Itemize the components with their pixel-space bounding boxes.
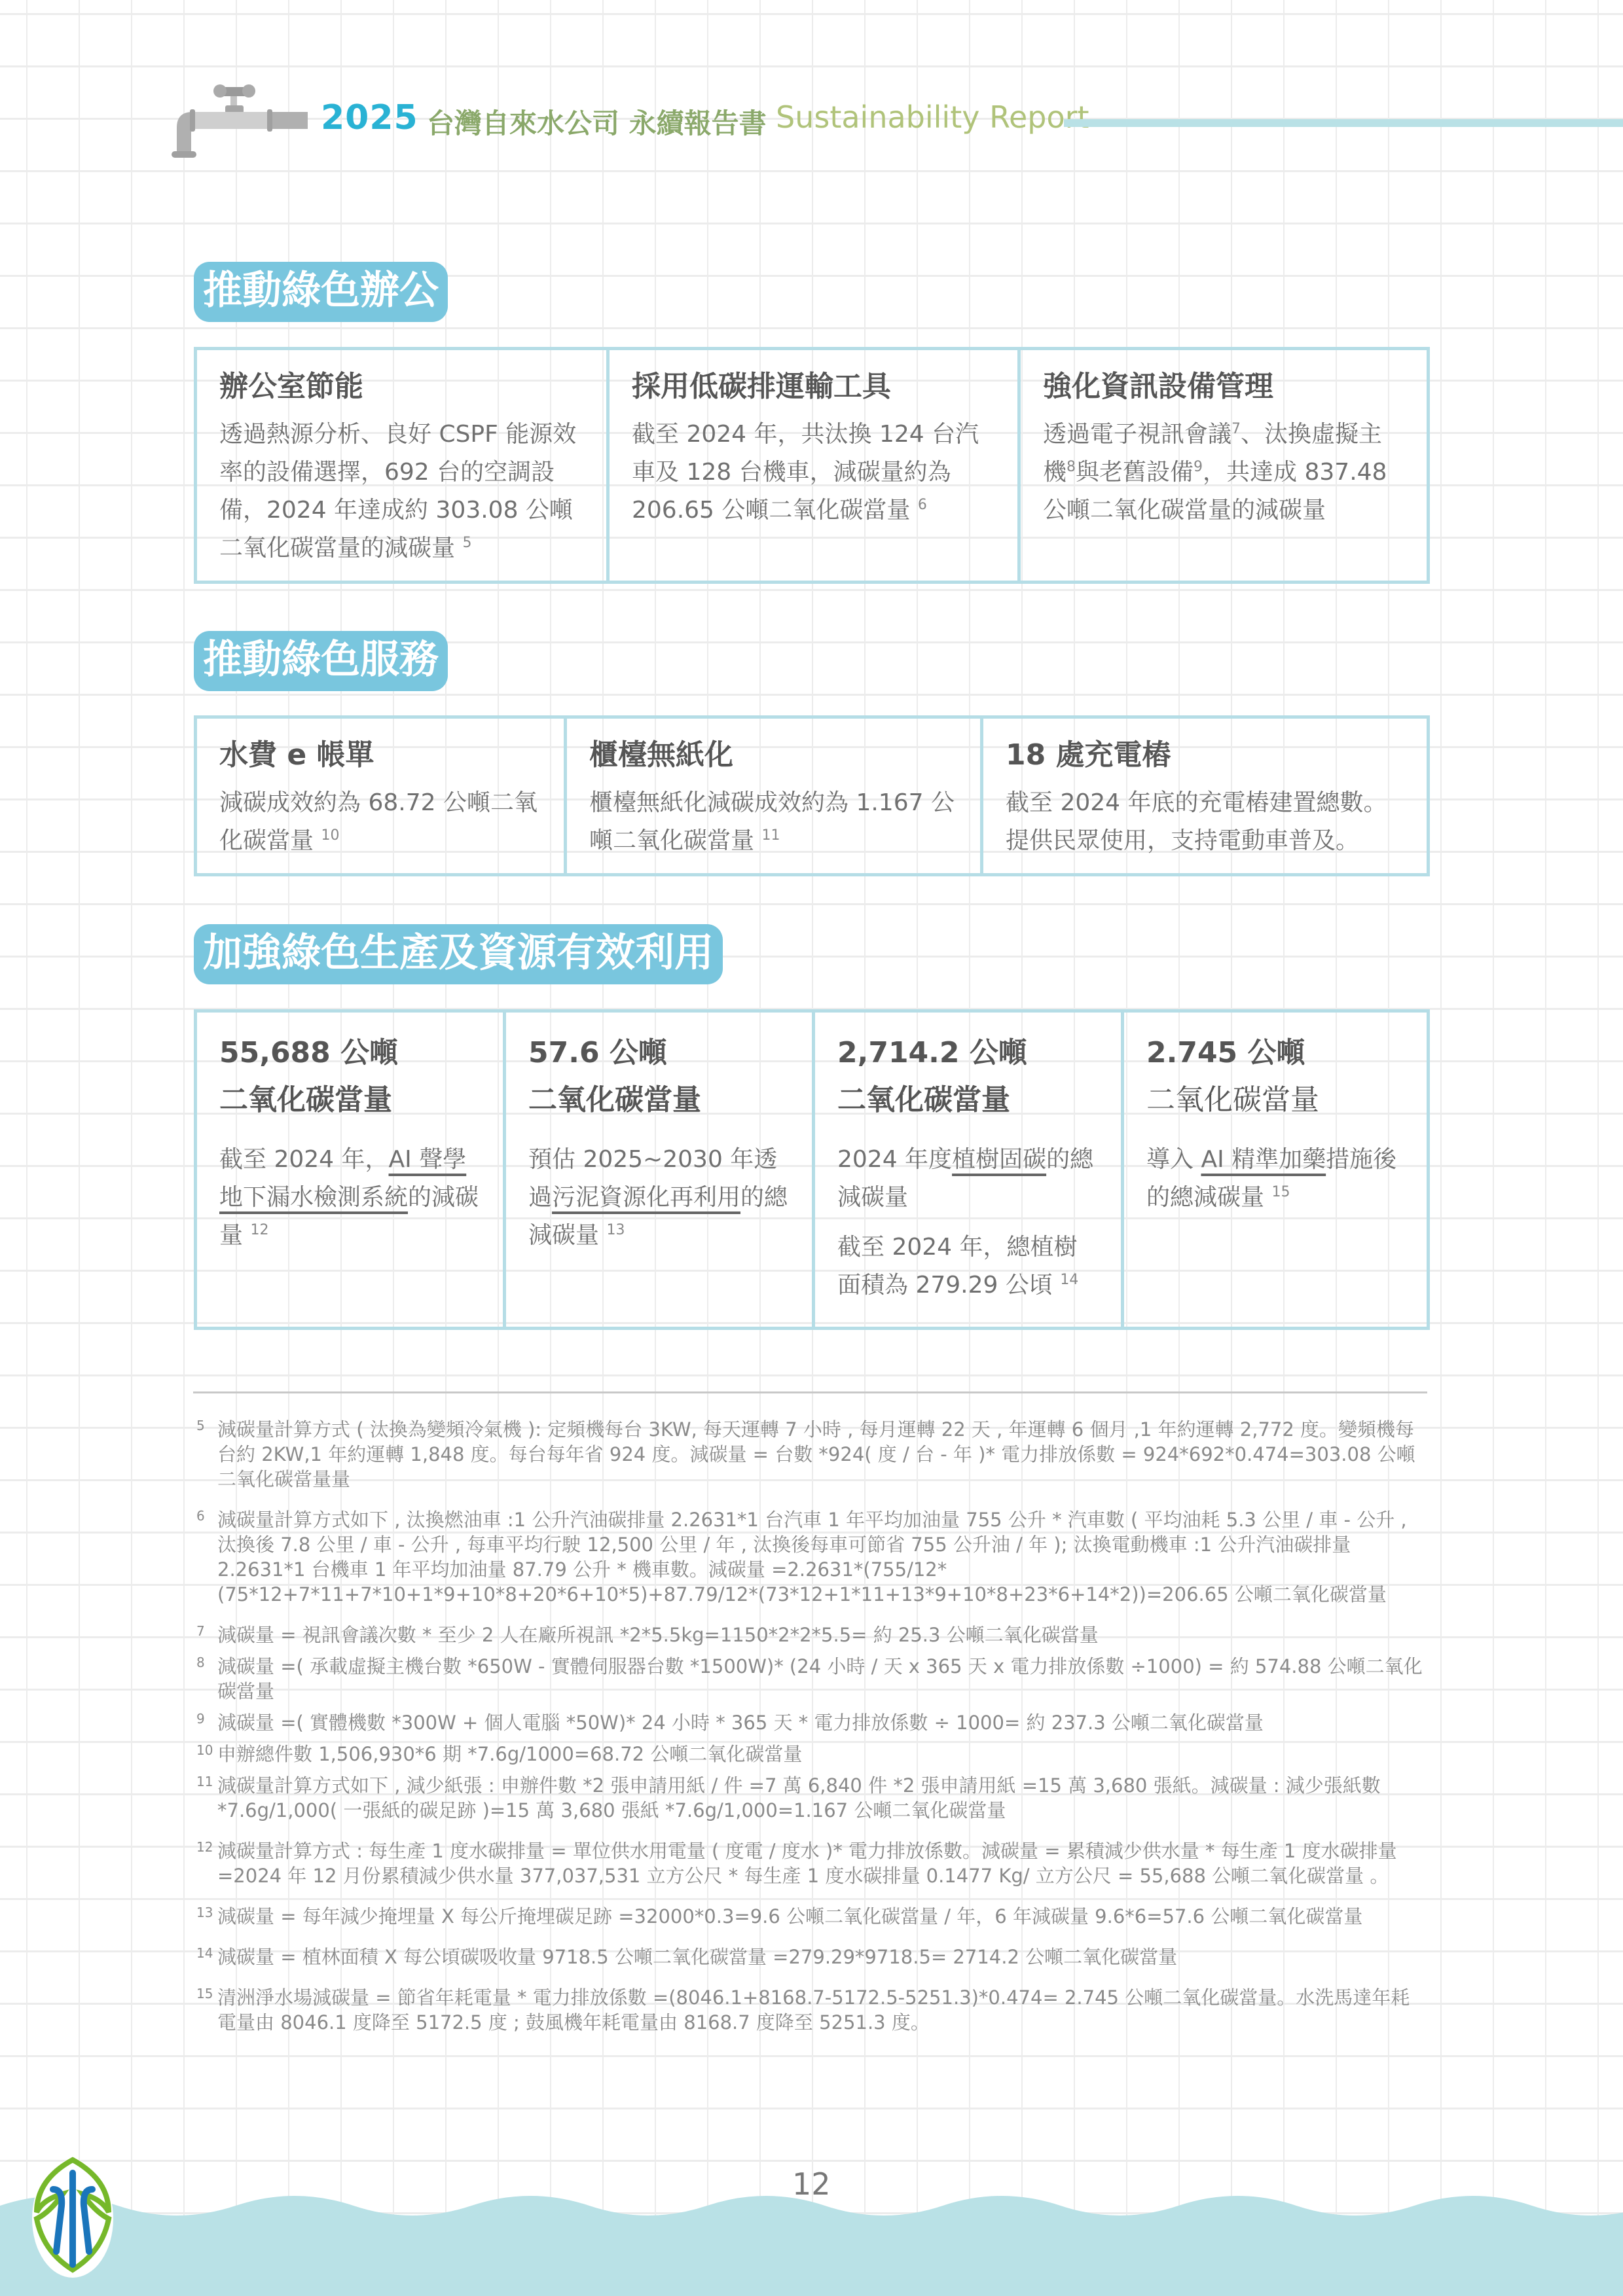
card-sludge-reuse: 57.6 公噸 二氧化碳當量 預估 2025~2030 年透過污泥資源化再利用的… (506, 1013, 815, 1327)
card-tree-planting: 2,714.2 公噸 二氧化碳當量 2024 年度植樹固碳的總減碳量 截至 20… (815, 1013, 1124, 1327)
card-text: 預估 2025~2030 年透過污泥資源化再利用的總減碳量 13 (528, 1141, 790, 1255)
card-text: 截至 2024 年，AI 聲學地下漏水檢測系統的減碳量 12 (219, 1141, 481, 1255)
footnote-ref[interactable]: 10 (321, 827, 339, 844)
footnote-11: 11減碳量計算方式如下 , 減少紙張 : 申辦件數 *2 張申請用紙 / 件 =… (196, 1773, 1427, 1823)
metric-unit: 二氧化碳當量 (837, 1077, 1099, 1124)
card-ai-dosing: 2.745 公噸 二氧化碳當量 導入 AI 精準加藥措施後的總減碳量 15 (1124, 1013, 1427, 1327)
footnote-ref[interactable]: 5 (462, 535, 471, 551)
report-year: 2025 (321, 98, 418, 137)
footnote-5: 5減碳量計算方式 ( 汰換為變頻冷氣機 ): 定頻機每台 3KW, 每天運轉 7… (196, 1417, 1427, 1492)
report-title-zh: 台灣自來水公司 永續報告書 (427, 102, 767, 141)
footnote-10: 10申辦總件數 1,506,930*6 期 *7.6g/1000=68.72 公… (196, 1742, 1427, 1767)
card-title: 強化資訊設備管理 (1043, 367, 1404, 406)
footnote-8: 8減碳量 =( 承載虛擬主機台數 *650W - 實體伺服器台數 *1500W)… (196, 1654, 1427, 1704)
footnote-ref[interactable]: 7 (1231, 421, 1241, 437)
metric-unit: 二氧化碳當量 (1146, 1077, 1404, 1124)
card-e-bill: 水費 e 帳單 減碳成效約為 68.72 公噸二氧化碳當量 10 (197, 719, 567, 873)
footnote-14: 14減碳量 = 植林面積 X 每公頃碳吸收量 9718.5 公噸二氧化碳當量 =… (196, 1945, 1427, 1969)
highlight-term: 植樹固碳 (952, 1146, 1046, 1173)
metric-value: 55,688 公噸 (219, 1030, 481, 1077)
footnote-13: 13減碳量 = 每年減少掩埋量 X 每公斤掩埋碳足跡 =32000*0.3=9.… (196, 1904, 1427, 1929)
section-title-green-service: 推動綠色服務 (194, 631, 448, 691)
card-low-carbon-transport: 採用低碳排運輸工具 截至 2024 年，共汰換 124 台汽車及 128 台機車… (610, 350, 1021, 581)
card-text: 截至 2024 年，共汰換 124 台汽車及 128 台機車，減碳量約為 206… (632, 416, 995, 529)
green-service-cards: 水費 e 帳單 減碳成效約為 68.72 公噸二氧化碳當量 10 櫃檯無紙化 櫃… (194, 715, 1430, 876)
card-text: 減碳成效約為 68.72 公噸二氧化碳當量 10 (219, 784, 541, 860)
header-rule (1064, 119, 1623, 127)
metric-value: 2.745 公噸 (1146, 1030, 1404, 1077)
faucet-icon (157, 82, 314, 160)
footnote-ref[interactable]: 15 (1271, 1184, 1290, 1200)
green-office-cards: 辦公室節能 透過熱源分析、良好 CSPF 能源效率的設備選擇，692 台的空調設… (194, 347, 1430, 584)
card-title: 採用低碳排運輸工具 (632, 367, 995, 406)
card-text: 2024 年度植樹固碳的總減碳量 (837, 1141, 1099, 1217)
footnote-9: 9減碳量 =( 實體機數 *300W + 個人電腦 *50W)* 24 小時 *… (196, 1710, 1427, 1735)
footnote-divider (193, 1391, 1427, 1393)
card-title: 水費 e 帳單 (219, 736, 541, 775)
footnote-ref[interactable]: 11 (761, 827, 780, 844)
metric-unit: 二氧化碳當量 (528, 1077, 790, 1124)
card-text: 櫃檯無紙化減碳成效約為 1.167 公噸二氧化碳當量 11 (589, 784, 958, 860)
footnote-15: 15清洲淨水場減碳量 = 節省年耗電量 * 電力排放係數 =(8046.1+81… (196, 1985, 1427, 2035)
card-text: 導入 AI 精準加藥措施後的總減碳量 15 (1146, 1141, 1404, 1217)
page-number: 12 (792, 2166, 831, 2202)
footnote-6: 6減碳量計算方式如下 , 汰換燃油車 :1 公升汽油碳排量 2.2631*1 台… (196, 1507, 1427, 1607)
footnote-ref[interactable]: 14 (1060, 1272, 1078, 1288)
card-title: 18 處充電樁 (1006, 736, 1404, 775)
footnote-ref[interactable]: 12 (250, 1222, 268, 1238)
metric-value: 2,714.2 公噸 (837, 1030, 1099, 1077)
footnote-7: 7減碳量 = 視訊會議次數 * 至少 2 人在廠所視訊 *2*5.5kg=115… (196, 1623, 1427, 1647)
card-title: 櫃檯無紙化 (589, 736, 958, 775)
footnote-ref[interactable]: 9 (1194, 459, 1203, 475)
footnote-ref[interactable]: 6 (918, 497, 927, 513)
card-title: 辦公室節能 (219, 367, 584, 406)
card-extra-text: 截至 2024 年，總植樹面積為 279.29 公頃 14 (837, 1229, 1099, 1304)
footnote-12: 12減碳量計算方式 : 每生產 1 度水碳排量 = 單位供水用電量 ( 度電 /… (196, 1839, 1427, 1888)
metric-unit: 二氧化碳當量 (219, 1077, 481, 1124)
footnotes: 5減碳量計算方式 ( 汰換為變頻冷氣機 ): 定頻機每台 3KW, 每天運轉 7… (196, 1417, 1427, 2041)
card-ai-leak-detection: 55,688 公噸 二氧化碳當量 截至 2024 年，AI 聲學地下漏水檢測系統… (197, 1013, 506, 1327)
card-charging-stations: 18 處充電樁 截至 2024 年底的充電樁建置總數。提供民眾使用，支持電動車普… (983, 719, 1427, 873)
footnote-ref[interactable]: 13 (606, 1222, 625, 1238)
card-text: 透過熱源分析、良好 CSPF 能源效率的設備選擇，692 台的空調設備，2024… (219, 416, 584, 567)
highlight-term: AI 精準加藥 (1201, 1146, 1326, 1173)
card-it-equipment: 強化資訊設備管理 透過電子視訊會議7、汰換虛擬主機8與老舊設備9，共達成 837… (1021, 350, 1427, 581)
footnote-ref[interactable]: 8 (1067, 459, 1076, 475)
card-paperless-counter: 櫃檯無紙化 櫃檯無紙化減碳成效約為 1.167 公噸二氧化碳當量 11 (567, 719, 983, 873)
highlight-term: 污泥資源化再利用 (552, 1184, 740, 1211)
card-text: 截至 2024 年底的充電樁建置總數。提供民眾使用，支持電動車普及。 (1006, 784, 1404, 860)
section-title-green-office: 推動綠色辦公 (194, 262, 448, 322)
metric-value: 57.6 公噸 (528, 1030, 790, 1077)
wave-decoration (0, 2193, 1623, 2296)
card-office-energy: 辦公室節能 透過熱源分析、良好 CSPF 能源效率的設備選擇，692 台的空調設… (197, 350, 610, 581)
green-production-cards: 55,688 公噸 二氧化碳當量 截至 2024 年，AI 聲學地下漏水檢測系統… (194, 1009, 1430, 1330)
section-title-green-production: 加強綠色生產及資源有效利用 (194, 924, 723, 984)
card-text: 透過電子視訊會議7、汰換虛擬主機8與老舊設備9，共達成 837.48 公噸二氧化… (1043, 416, 1404, 529)
taiwan-water-logo (24, 2153, 122, 2284)
report-title-en: Sustainability Report (776, 99, 1089, 135)
